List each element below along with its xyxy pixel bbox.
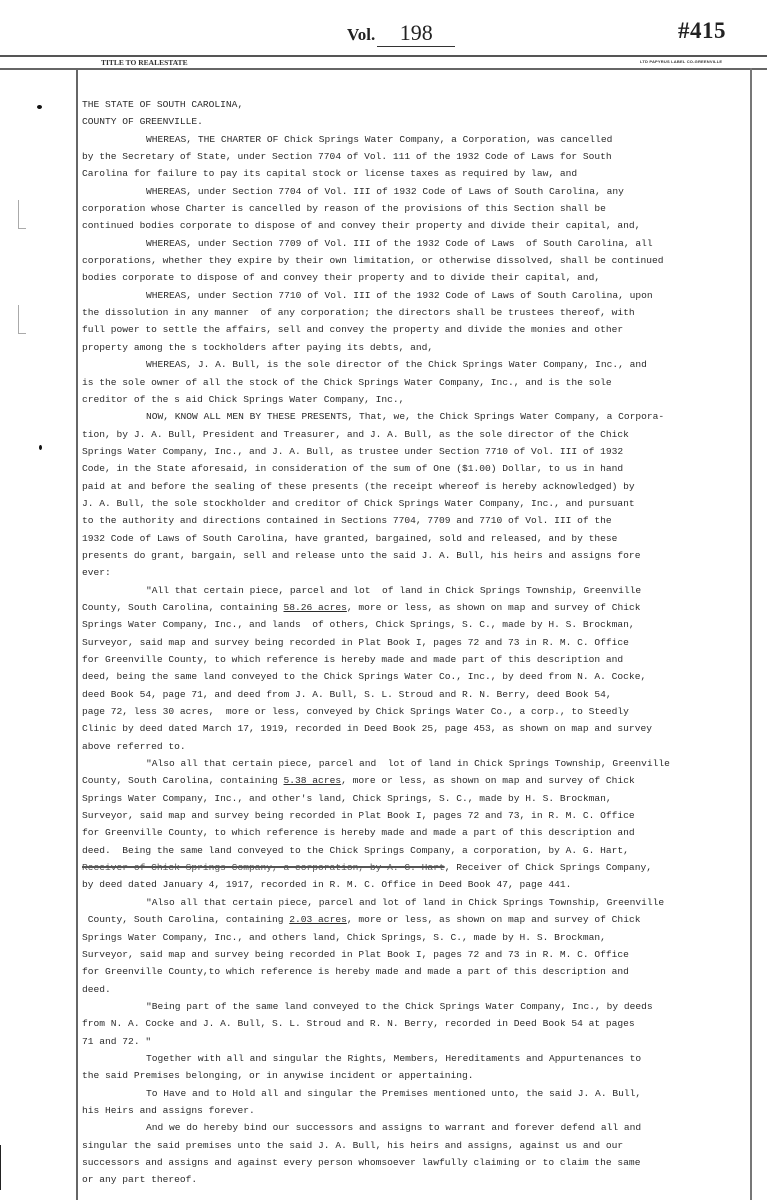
deed-line: creditor of the s aid Chick Springs Wate… <box>82 391 762 408</box>
deed-line: COUNTY OF GREENVILLE. <box>82 113 762 130</box>
line-text: corporations, whether they expire by the… <box>82 255 663 266</box>
line-text: , more or less, as shown on map and surv… <box>341 775 635 786</box>
line-text: successors and assigns and against every… <box>82 1157 640 1168</box>
deed-line: from N. A. Cocke and J. A. Bull, S. L. S… <box>82 1015 762 1032</box>
deed-line: for Greenville County, to which referenc… <box>82 824 762 841</box>
deed-line: corporations, whether they expire by the… <box>82 252 762 269</box>
header-rule-top <box>0 55 767 57</box>
deed-line: County, South Carolina, containing 2.03 … <box>82 911 762 928</box>
deed-line: by deed dated January 4, 1917, recorded … <box>82 876 762 893</box>
line-text: Springs Water Company, Inc., and lands o… <box>82 619 635 630</box>
deed-body: THE STATE OF SOUTH CAROLINA,COUNTY OF GR… <box>82 96 762 1189</box>
line-text: Together with all and singular the Right… <box>146 1053 641 1064</box>
line-text: the dissolution in any manner of any cor… <box>82 307 635 318</box>
deed-line: is the sole owner of all the stock of th… <box>82 374 762 391</box>
line-text: WHEREAS, THE CHARTER OF Chick Springs Wa… <box>146 134 612 145</box>
line-text: his Heirs and assigns forever. <box>82 1105 255 1116</box>
deed-line: WHEREAS, THE CHARTER OF Chick Springs Wa… <box>82 131 762 148</box>
line-text: deed. Being the same land conveyed to th… <box>82 845 629 856</box>
deed-line: full power to settle the affairs, sell a… <box>82 321 762 338</box>
line-text: the said Premises belonging, or in anywi… <box>82 1070 474 1081</box>
line-text: by the Secretary of State, under Section… <box>82 151 612 162</box>
line-text: property among the s tockholders after p… <box>82 342 433 353</box>
deed-line: Surveyor, said map and survey being reco… <box>82 634 762 651</box>
deed-line: deed, being the same land conveyed to th… <box>82 668 762 685</box>
deed-line: Carolina for failure to pay its capital … <box>82 165 762 182</box>
line-text: page 72, less 30 acres, more or less, co… <box>82 706 629 717</box>
margin-bracket-mark <box>18 305 26 334</box>
line-text: singular the said premises unto the said… <box>82 1140 623 1151</box>
line-text: WHEREAS, J. A. Bull, is the sole directo… <box>146 359 647 370</box>
line-text: from N. A. Cocke and J. A. Bull, S. L. S… <box>82 1018 635 1029</box>
header-rule-bottom <box>0 68 767 70</box>
line-text: is the sole owner of all the stock of th… <box>82 377 612 388</box>
vol-prefix: Vol. <box>347 25 375 44</box>
deed-line: THE STATE OF SOUTH CAROLINA, <box>82 96 762 113</box>
line-text: above referred to. <box>82 741 186 752</box>
deed-line: above referred to. <box>82 738 762 755</box>
deed-line: corporation whose Charter is cancelled b… <box>82 200 762 217</box>
line-text: And we do hereby bind our successors and… <box>146 1122 641 1133</box>
deed-line: Surveyor, said map and survey being reco… <box>82 946 762 963</box>
line-text: ever: <box>82 567 111 578</box>
deed-line: deed Book 54, page 71, and deed from J. … <box>82 686 762 703</box>
margin-mark <box>0 1145 1 1190</box>
deed-line: Receiver of Chick Springs Company, a cor… <box>82 859 762 876</box>
deed-line: Springs Water Company, Inc., and lands o… <box>82 616 762 633</box>
deed-line: presents do grant, bargain, sell and rel… <box>82 547 762 564</box>
deed-line: WHEREAS, under Section 7710 of Vol. III … <box>82 287 762 304</box>
line-text: WHEREAS, under Section 7709 of Vol. III … <box>146 238 653 249</box>
margin-bracket-mark <box>18 200 26 229</box>
line-text: full power to settle the affairs, sell a… <box>82 324 623 335</box>
deed-line: for Greenville County,to which reference… <box>82 963 762 980</box>
deed-line: his Heirs and assigns forever. <box>82 1102 762 1119</box>
line-text: for Greenville County, to which referenc… <box>82 654 623 665</box>
line-text: "Also all that certain piece, parcel and… <box>146 758 670 769</box>
deed-line: Springs Water Company, Inc., and others … <box>82 929 762 946</box>
line-text: 71 and 72. " <box>82 1036 151 1047</box>
line-text: NOW, KNOW ALL MEN BY THESE PRESENTS, Tha… <box>146 411 664 422</box>
line-text: "All that certain piece, parcel and lot … <box>146 585 641 596</box>
line-text: Springs Water Company, Inc., and J. A. B… <box>82 446 623 457</box>
line-text: for Greenville County,to which reference… <box>82 966 629 977</box>
deed-line: Together with all and singular the Right… <box>82 1050 762 1067</box>
deed-line: "Being part of the same land conveyed to… <box>82 998 762 1015</box>
deed-line: 1932 Code of Laws of South Carolina, hav… <box>82 530 762 547</box>
deed-line: County, South Carolina, containing 5.38 … <box>82 772 762 789</box>
deed-line: deed. Being the same land conveyed to th… <box>82 842 762 859</box>
printer-imprint: LTD PAPYRUS LABEL CO-GREENVILLE <box>640 59 722 64</box>
deed-line: Code, in the State aforesaid, in conside… <box>82 460 762 477</box>
line-text: Carolina for failure to pay its capital … <box>82 168 577 179</box>
line-text: bodies corporate to dispose of and conve… <box>82 272 600 283</box>
line-text: County, South Carolina, containing <box>82 602 284 613</box>
ink-mark <box>37 105 42 109</box>
line-text: THE STATE OF SOUTH CAROLINA, <box>82 99 243 110</box>
line-text: creditor of the s aid Chick Springs Wate… <box>82 394 404 405</box>
line-text: Surveyor, said map and survey being reco… <box>82 949 629 960</box>
deed-line: continued bodies corporate to dispose of… <box>82 217 762 234</box>
line-text: paid at and before the sealing of these … <box>82 481 635 492</box>
line-text: To Have and to Hold all and singular the… <box>146 1088 641 1099</box>
volume-label: Vol.198 <box>347 20 455 47</box>
deed-line: paid at and before the sealing of these … <box>82 478 762 495</box>
acreage-underlined: 5.38 acres <box>284 775 342 786</box>
line-text: deed. <box>82 984 111 995</box>
deed-line: by the Secretary of State, under Section… <box>82 148 762 165</box>
deed-line: County, South Carolina, containing 58.26… <box>82 599 762 616</box>
struck-text: Receiver of Chick Springs Company, a cor… <box>82 862 445 873</box>
line-text: , more or less, as shown on map and surv… <box>347 602 641 613</box>
line-text: continued bodies corporate to dispose of… <box>82 220 640 231</box>
line-text: J. A. Bull, the sole stockholder and cre… <box>82 498 635 509</box>
deed-line: the dissolution in any manner of any cor… <box>82 304 762 321</box>
ink-mark <box>39 445 42 450</box>
deed-line: "All that certain piece, parcel and lot … <box>82 582 762 599</box>
volume-number: 198 <box>377 20 455 47</box>
deed-line: deed. <box>82 981 762 998</box>
deed-line: for Greenville County, to which referenc… <box>82 651 762 668</box>
deed-line: WHEREAS, under Section 7709 of Vol. III … <box>82 235 762 252</box>
deed-line: "Also all that certain piece, parcel and… <box>82 755 762 772</box>
line-text: deed Book 54, page 71, and deed from J. … <box>82 689 612 700</box>
deed-line: singular the said premises unto the said… <box>82 1137 762 1154</box>
line-text: County, South Carolina, containing <box>82 775 284 786</box>
left-margin-rule <box>76 68 78 1200</box>
line-text: presents do grant, bargain, sell and rel… <box>82 550 640 561</box>
form-title: TITLE TO REALESTATE <box>101 58 188 67</box>
deed-line: the said Premises belonging, or in anywi… <box>82 1067 762 1084</box>
acreage-underlined: 58.26 acres <box>284 602 347 613</box>
line-text: "Being part of the same land conveyed to… <box>146 1001 653 1012</box>
deed-line: Surveyor, said map and survey being reco… <box>82 807 762 824</box>
deed-line: property among the s tockholders after p… <box>82 339 762 356</box>
deed-line: bodies corporate to dispose of and conve… <box>82 269 762 286</box>
line-text: 1932 Code of Laws of South Carolina, hav… <box>82 533 617 544</box>
line-text: WHEREAS, under Section 7710 of Vol. III … <box>146 290 653 301</box>
line-text: Code, in the State aforesaid, in conside… <box>82 463 623 474</box>
deed-line: J. A. Bull, the sole stockholder and cre… <box>82 495 762 512</box>
deed-line: NOW, KNOW ALL MEN BY THESE PRESENTS, Tha… <box>82 408 762 425</box>
line-text: , Receiver of Chick Springs Company, <box>445 862 652 873</box>
deed-line: 71 and 72. " <box>82 1033 762 1050</box>
line-text: for Greenville County, to which referenc… <box>82 827 635 838</box>
deed-line: Springs Water Company, Inc., and other's… <box>82 790 762 807</box>
deed-line: successors and assigns and against every… <box>82 1154 762 1171</box>
line-text: Surveyor, said map and survey being reco… <box>82 810 635 821</box>
line-text: Clinic by deed dated March 17, 1919, rec… <box>82 723 652 734</box>
deed-line: And we do hereby bind our successors and… <box>82 1119 762 1136</box>
deed-line: "Also all that certain piece, parcel and… <box>82 894 762 911</box>
line-text: corporation whose Charter is cancelled b… <box>82 203 606 214</box>
line-text: or any part thereof. <box>82 1174 197 1185</box>
deed-line: or any part thereof. <box>82 1171 762 1188</box>
line-text: Springs Water Company, Inc., and others … <box>82 932 606 943</box>
line-text: COUNTY OF GREENVILLE. <box>82 116 203 127</box>
deed-line: To Have and to Hold all and singular the… <box>82 1085 762 1102</box>
line-text: deed, being the same land conveyed to th… <box>82 671 646 682</box>
line-text: by deed dated January 4, 1917, recorded … <box>82 879 571 890</box>
line-text: , more or less, as shown on map and surv… <box>347 914 641 925</box>
line-text: WHEREAS, under Section 7704 of Vol. III … <box>146 186 624 197</box>
line-text: tion, by J. A. Bull, President and Treas… <box>82 429 629 440</box>
line-text: to the authority and directions containe… <box>82 515 612 526</box>
deed-line: WHEREAS, under Section 7704 of Vol. III … <box>82 183 762 200</box>
deed-line: Clinic by deed dated March 17, 1919, rec… <box>82 720 762 737</box>
line-text: "Also all that certain piece, parcel and… <box>146 897 664 908</box>
deed-line: page 72, less 30 acres, more or less, co… <box>82 703 762 720</box>
deed-line: ever: <box>82 564 762 581</box>
deed-line: tion, by J. A. Bull, President and Treas… <box>82 426 762 443</box>
line-text: County, South Carolina, containing <box>82 914 289 925</box>
acreage-underlined: 2.03 acres <box>289 914 347 925</box>
deed-line: WHEREAS, J. A. Bull, is the sole directo… <box>82 356 762 373</box>
line-text: Springs Water Company, Inc., and other's… <box>82 793 612 804</box>
record-number: #415 <box>678 18 726 44</box>
deed-line: Springs Water Company, Inc., and J. A. B… <box>82 443 762 460</box>
line-text: Surveyor, said map and survey being reco… <box>82 637 629 648</box>
deed-line: to the authority and directions containe… <box>82 512 762 529</box>
